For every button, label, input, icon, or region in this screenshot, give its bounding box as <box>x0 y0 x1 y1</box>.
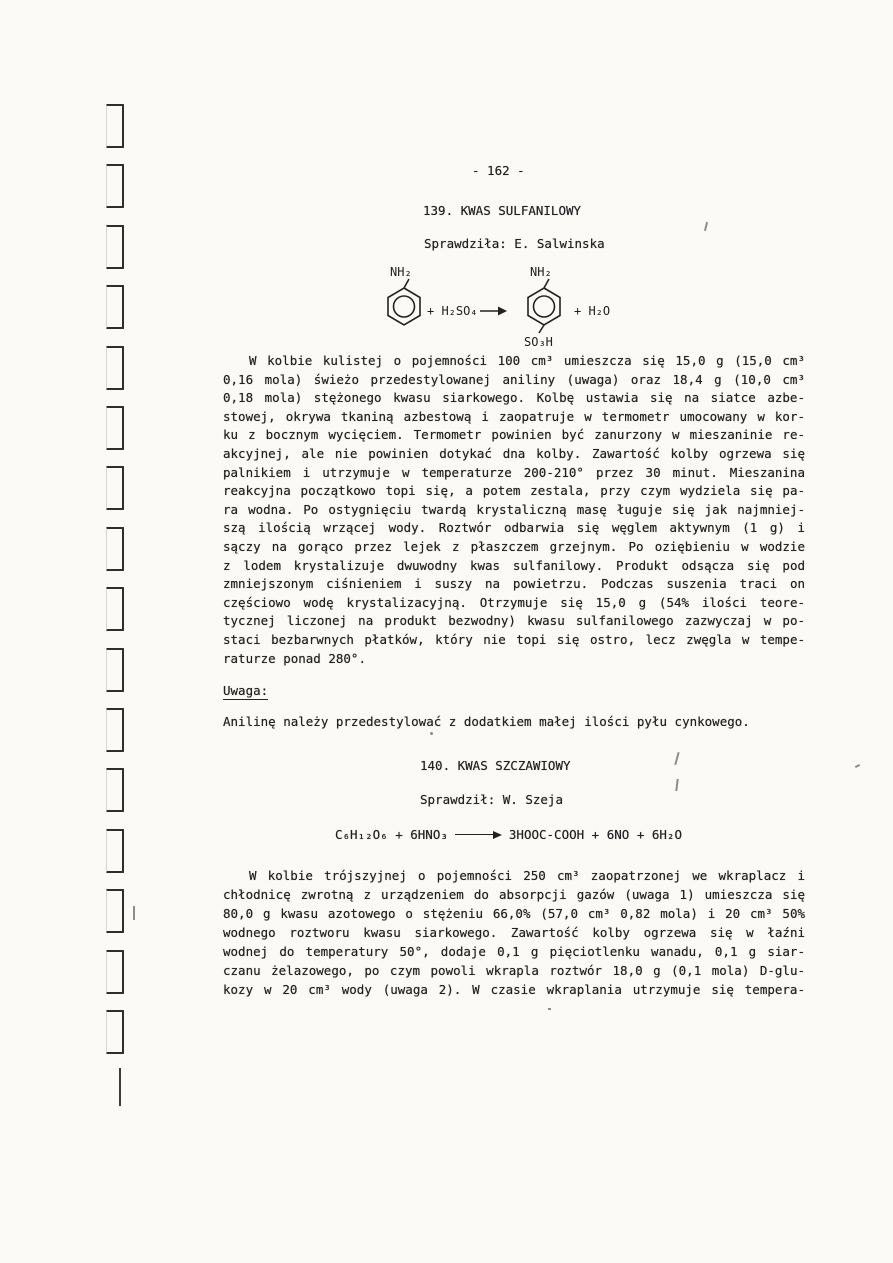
section-139-title: 139. KWAS SULFANILOWY <box>423 203 581 219</box>
text-line: 0,16 mola) świeżo przedestylowanej anili… <box>223 371 805 390</box>
text-line: 0,18 mola) stężonego kwasu siarkowego. K… <box>223 389 805 408</box>
text-line: tycznej liczonej na produkt bezwodny) kw… <box>223 612 805 631</box>
benzene-ring-sulfanilic-acid <box>528 279 560 333</box>
text-line: chłodnicę zwrotną z urządzeniem do absor… <box>223 885 805 904</box>
section-140-checked-by: Sprawdził: W. Szeja <box>420 792 563 808</box>
scan-speck <box>548 1008 551 1010</box>
text-line: akcyjnej, ale nie powinien dotykać dna k… <box>223 445 805 464</box>
text-line: ku z bocznym wycięciem. Termometr powini… <box>223 426 805 445</box>
sulfo-label: SO₃H <box>524 335 553 349</box>
reaction-scheme-sulfanilic-acid: NH₂ + H₂SO₄ NH₂ SO₃H + H₂O <box>330 258 670 354</box>
binding-hole-mark <box>106 285 124 329</box>
procedure-paragraph-139: W kolbie kulistej o pojemności 100 cm³ u… <box>223 352 805 668</box>
text-line: 80,0 g kwasu azotowego o stężeniu 66,0% … <box>223 904 805 923</box>
amine-label-right: NH₂ <box>530 265 552 279</box>
binding-hole-mark <box>106 768 124 812</box>
binding-hole-mark <box>106 406 124 450</box>
binding-hole-mark <box>106 829 124 873</box>
reaction-arrow-icon <box>480 307 507 316</box>
equation-lhs: C₆H₁₂O₆ + 6HNO₃ <box>335 827 448 842</box>
text-line: zmniejszonym ciśnieniem i suszy na powie… <box>223 575 805 594</box>
scan-speck <box>855 764 860 768</box>
binding-hole-mark <box>106 527 124 571</box>
binding-hole-mark <box>106 889 124 933</box>
binding-hole-mark <box>106 346 124 390</box>
note-body: Anilinę należy przedestylować z dodatkie… <box>223 714 750 729</box>
scan-speck <box>675 779 678 791</box>
binding-hole-mark <box>106 708 124 752</box>
scan-speck <box>133 906 135 920</box>
binding-mark-line <box>119 1068 121 1106</box>
text-line: kozy w 20 cm³ wody (uwaga 2). W czasie w… <box>223 980 805 999</box>
scan-speck <box>674 752 679 765</box>
text-line: z lodem krystalizuje dwuwodny kwas sulfa… <box>223 557 805 576</box>
equation-rhs: 3HOOC-COOH + 6NO + 6H₂O <box>509 827 682 842</box>
reaction-arrow-icon <box>455 831 502 839</box>
text-line: raturze ponad 280°. <box>223 650 805 669</box>
section-140-title: 140. KWAS SZCZAWIOWY <box>420 758 571 774</box>
section-139-checked-by: Sprawdziła: E. Salwinska <box>424 236 605 252</box>
scan-speck <box>704 222 708 231</box>
reaction-equation-oxalic-acid: C₆H₁₂O₆ + 6HNO₃ 3HOOC-COOH + 6NO + 6H₂O <box>335 827 682 842</box>
text-line: stowej, okrywa tkaniną azbestową i zaopa… <box>223 408 805 427</box>
amine-label-left: NH₂ <box>390 265 412 279</box>
binding-hole-mark <box>106 466 124 510</box>
text-line: sączy na gorąco przez lejek z płaszczem … <box>223 538 805 557</box>
binding-hole-mark <box>106 225 124 269</box>
text-line: ra wodna. Po ostygnięciu twardą krystali… <box>223 501 805 520</box>
procedure-paragraph-140: W kolbie trójszyjnej o pojemności 250 cm… <box>223 866 805 999</box>
text-line: W kolbie trójszyjnej o pojemności 250 cm… <box>223 866 805 885</box>
binding-hole-mark <box>106 648 124 692</box>
note-heading: Uwaga: <box>223 683 268 698</box>
page-number: - 162 - <box>472 163 525 179</box>
binding-hole-mark <box>106 587 124 631</box>
text-line: szą ilością wrzącej wody. Roztwór odbarw… <box>223 519 805 538</box>
text-line: czanu żelazowego, po czym powoli wkrapla… <box>223 961 805 980</box>
binding-hole-mark <box>106 1010 124 1054</box>
binding-hole-mark <box>106 164 124 208</box>
scan-speck <box>430 732 433 735</box>
text-line: wodnego roztworu kwasu siarkowego. Zawar… <box>223 923 805 942</box>
text-line: W kolbie kulistej o pojemności 100 cm³ u… <box>223 352 805 371</box>
text-line: reakcyjna początkowo topi się, a potem z… <box>223 482 805 501</box>
byproduct-label: + H₂O <box>574 304 610 318</box>
reagent-label: + H₂SO₄ <box>427 304 478 318</box>
text-line: palnikiem i utrzymuje w temperaturze 200… <box>223 464 805 483</box>
text-line: wodnej do temperatury 50°, dodaje 0,1 g … <box>223 942 805 961</box>
benzene-ring-aniline <box>388 279 420 325</box>
text-line: staci bezbarwnych płatków, który nie top… <box>223 631 805 650</box>
scanned-page: - 162 - 139. KWAS SULFANILOWY Sprawdziła… <box>0 0 893 1263</box>
binding-hole-mark <box>106 104 124 148</box>
text-line: częściowo wodę krystalizacyjną. Otrzymuj… <box>223 594 805 613</box>
binding-hole-mark <box>106 950 124 994</box>
